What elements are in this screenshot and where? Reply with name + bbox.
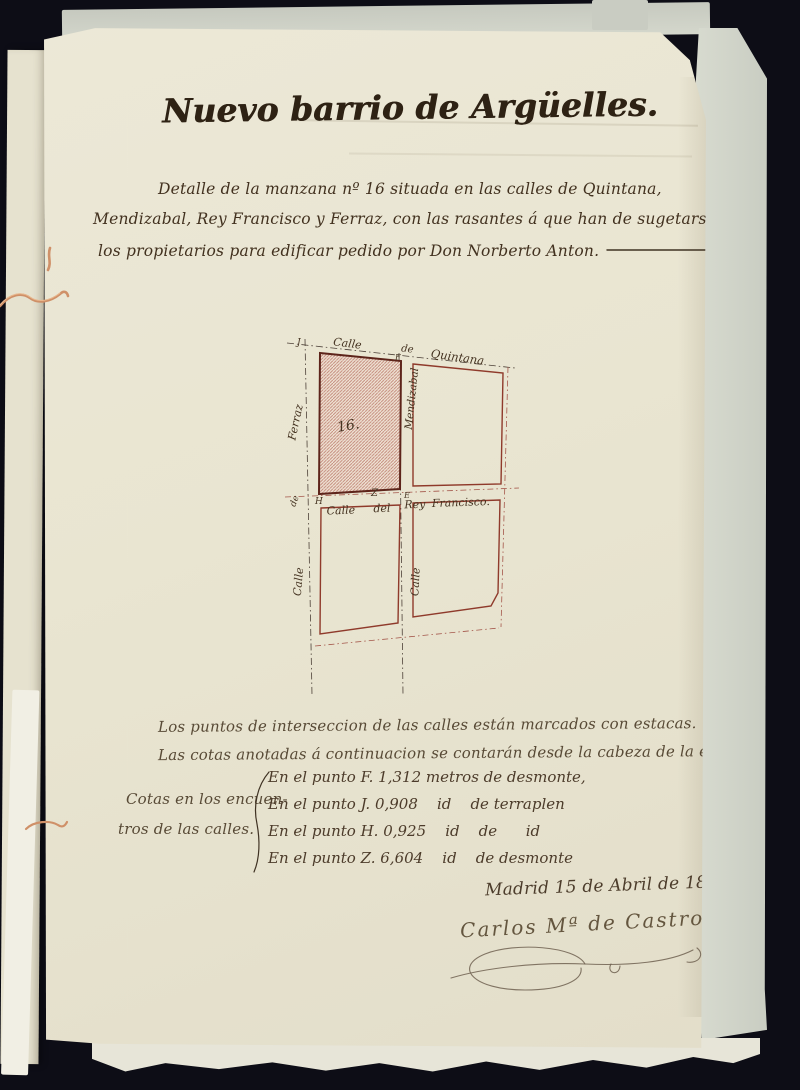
point-F: F — [394, 353, 401, 362]
intro-line-3: los propietarios para edificar pedido po… — [98, 240, 737, 260]
document-title: Nuevo barrio de Argüelles. — [160, 85, 660, 131]
block-plan-map: Calle de Quintana Ferraz de Calle Mendiz… — [285, 335, 525, 703]
block-bottom-left — [320, 505, 400, 634]
signature-rubric — [445, 934, 715, 1006]
label-de-top: de — [401, 343, 415, 355]
cota-entry-J: En el punto J. 0,908 id de terraplen — [268, 795, 586, 813]
block-top-right — [413, 364, 503, 486]
paper-crease — [349, 153, 692, 158]
binding-thread-lower — [24, 816, 70, 836]
intro-line-2: Mendizabal, Rey Francisco y Ferraz, con … — [93, 210, 716, 228]
label-quintana: Quintana — [430, 346, 485, 367]
tissue-interleaf-tab — [592, 0, 648, 30]
underlying-page-edge — [0, 50, 45, 1064]
label-francisco: Francisco. — [431, 495, 490, 510]
underlying-white-sheet — [1, 690, 39, 1076]
label-calle-mid: Calle — [408, 567, 423, 597]
cota-entry-Z: En el punto Z. 6,604 id de desmonte — [268, 849, 586, 867]
label-ferraz: Ferraz — [285, 403, 306, 442]
point-J: J — [295, 338, 302, 348]
note-line-1: Los puntos de interseccion de las calles… — [158, 714, 697, 736]
manuscript-page: Nuevo barrio de Argüelles. Detalle de la… — [40, 22, 712, 1052]
point-H: H — [314, 497, 323, 507]
block-16-hatched — [319, 353, 401, 494]
street-axis-ferraz — [305, 339, 312, 695]
intro-line-3-text: los propietarios para edificar pedido po… — [98, 242, 599, 260]
note-line-2: Las cotas anotadas á continuacion se con… — [158, 742, 754, 764]
block-bottom-right — [413, 500, 500, 617]
label-calle-rf: Calle — [326, 503, 355, 517]
cotas-label-line-2: tros de las calles. — [118, 820, 254, 838]
point-E: E — [403, 491, 410, 500]
label-del-rf: del — [373, 502, 391, 516]
label-mendizabal: Mendizabal — [403, 367, 422, 431]
label-calle-left: Calle — [291, 566, 306, 596]
point-Z: Z — [370, 488, 379, 499]
cota-entry-H: En el punto H. 0,925 id de id — [268, 822, 586, 840]
cota-entry-F: En el punto F. 1,312 metros de desmonte, — [268, 768, 586, 786]
binding-thread-upper — [0, 244, 72, 320]
intro-line-1: Detalle de la manzana nº 16 situada en l… — [158, 180, 662, 198]
cotas-list: En el punto F. 1,312 metros de desmonte,… — [268, 768, 586, 876]
label-calle-top: Calle — [332, 335, 362, 351]
